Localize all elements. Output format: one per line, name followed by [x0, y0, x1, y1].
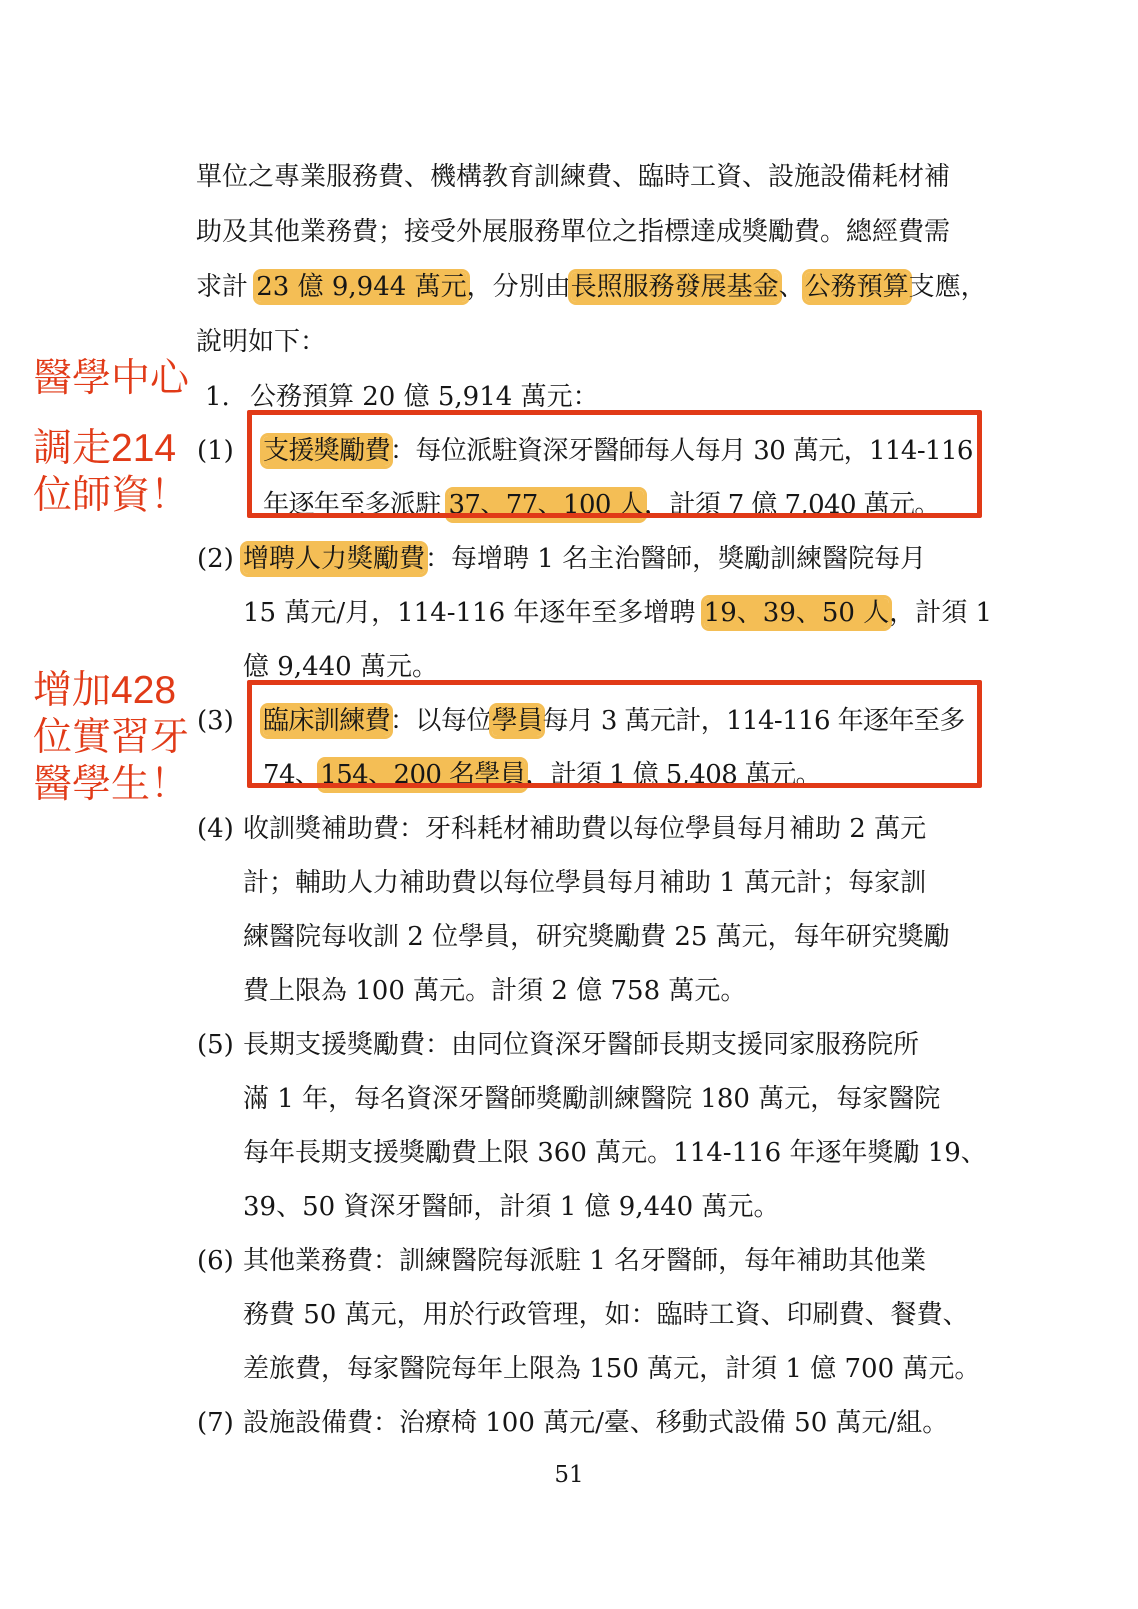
item-lines: 增聘人力獎勵費：每增聘 1 名主治醫師，獎勵訓練醫院每月15 萬元/月，114-… — [243, 532, 967, 694]
highlighted-text: 154、200 名學員 — [320, 760, 525, 790]
intro-paragraph: 單位之專業服務費、機構教育訓練費、臨時工資、設施設備耗材補助及其他業務費；接受外… — [196, 150, 976, 370]
text-segment: 、 — [779, 272, 805, 302]
item-lines: 支援獎勵費：每位派駐資深牙醫師每人每月 30 萬元，114-116年逐年至多派駐… — [243, 424, 967, 532]
list-item: (5)長期支援獎勵費：由同位資深牙醫師長期支援同家服務院所滿 1 年，每名資深牙… — [197, 1018, 967, 1234]
item-marker: (2) — [197, 532, 243, 694]
intro-line: 單位之專業服務費、機構教育訓練費、臨時工資、設施設備耗材補 — [196, 150, 976, 205]
text-segment: ，計須 1 — [889, 598, 992, 628]
highlighted-text: 公務預算 — [805, 272, 909, 302]
list-item: (7)設施設備費：治療椅 100 萬元/臺、移動式設備 50 萬元/組。 — [197, 1396, 967, 1450]
text-segment: 助及其他業務費；接受外展服務單位之指標達成獎勵費。總經費需 — [196, 217, 950, 247]
text-segment: 費上限為 100 萬元。計須 2 億 758 萬元。 — [243, 976, 746, 1006]
item-marker: (5) — [197, 1018, 243, 1234]
text-segment: 支應， — [909, 272, 987, 302]
highlighted-text: 23 億 9,944 萬元 — [256, 272, 466, 302]
item-line: 億 9,440 萬元。 — [243, 640, 967, 694]
item-lines: 臨床訓練費：以每位學員每月 3 萬元計，114-116 年逐年至多74、154、… — [243, 694, 967, 802]
item-line: 練醫院每收訓 2 位學員，研究獎勵費 25 萬元，每年研究獎勵 — [243, 910, 967, 964]
margin-note-line: 醫學生！ — [33, 761, 189, 808]
item-lines: 其他業務費：訓練醫院每派駐 1 名牙醫師，每年補助其他業務費 50 萬元，用於行… — [243, 1234, 967, 1396]
item-line: 增聘人力獎勵費：每增聘 1 名主治醫師，獎勵訓練醫院每月 — [243, 532, 967, 586]
item-line: 支援獎勵費：每位派駐資深牙醫師每人每月 30 萬元，114-116 — [263, 424, 967, 478]
item-marker: (3) — [197, 694, 243, 802]
budget-list: 1. 公務預算 20 億 5,914 萬元： (1)支援獎勵費：每位派駐資深牙醫… — [197, 370, 967, 1450]
text-segment: ：以每位 — [390, 706, 492, 736]
text-segment: 億 9,440 萬元。 — [243, 652, 438, 682]
item-line: 15 萬元/月，114-116 年逐年至多增聘 19、39、50 人，計須 1 — [243, 586, 967, 640]
text-segment: 務費 50 萬元，用於行政管理，如：臨時工資、印刷費、餐費、 — [243, 1300, 969, 1330]
list-item: (2)增聘人力獎勵費：每增聘 1 名主治醫師，獎勵訓練醫院每月15 萬元/月，1… — [197, 532, 967, 694]
highlighted-text: 支援獎勵費 — [263, 436, 390, 466]
text-segment: ，分別由 — [467, 272, 571, 302]
margin-note-line: 位實習牙 — [33, 714, 189, 761]
item-line: 設施設備費：治療椅 100 萬元/臺、移動式設備 50 萬元/組。 — [243, 1396, 967, 1450]
list-header: 1. 公務預算 20 億 5,914 萬元： — [197, 370, 967, 424]
text-segment: 求計 — [196, 272, 256, 302]
list-header-text: 公務預算 20 億 5,914 萬元： — [250, 370, 599, 424]
highlighted-text: 長照服務發展基金 — [571, 272, 779, 302]
highlighted-text: 19、39、50 人 — [704, 598, 890, 628]
text-segment: 39、50 資深牙醫師，計須 1 億 9,440 萬元。 — [243, 1192, 779, 1222]
text-segment: 差旅費，每家醫院每年上限為 150 萬元，計須 1 億 700 萬元。 — [243, 1354, 980, 1384]
item-lines: 設施設備費：治療椅 100 萬元/臺、移動式設備 50 萬元/組。 — [243, 1396, 967, 1450]
text-segment: 長期支援獎勵費：由同位資深牙醫師長期支援同家服務院所 — [243, 1030, 919, 1060]
text-segment: ，計須 7 億 7,040 萬元。 — [644, 490, 940, 520]
margin-note-line: 位師資！ — [33, 472, 189, 519]
item-line: 年逐年至多派駐 37、77、100 人，計須 7 億 7,040 萬元。 — [263, 478, 967, 532]
item-line: 74、154、200 名學員，計須 1 億 5,408 萬元。 — [263, 748, 967, 802]
text-segment: ：每位派駐資深牙醫師每人每月 30 萬元，114-116 — [390, 436, 973, 466]
item-marker: (6) — [197, 1234, 243, 1396]
text-segment: ，計須 1 億 5,408 萬元。 — [525, 760, 821, 790]
item-line: 務費 50 萬元，用於行政管理，如：臨時工資、印刷費、餐費、 — [243, 1288, 967, 1342]
margin-note: 調走214位師資！ — [33, 425, 189, 519]
item-marker: (1) — [197, 424, 243, 532]
document-page: 醫學中心調走214位師資！增加428位實習牙醫學生！ 單位之專業服務費、機構教育… — [0, 0, 1138, 1609]
item-line: 費上限為 100 萬元。計須 2 億 758 萬元。 — [243, 964, 967, 1018]
text-segment: 滿 1 年，每名資深牙醫師獎勵訓練醫院 180 萬元，每家醫院 — [243, 1084, 940, 1114]
highlighted-text: 臨床訓練費 — [263, 706, 390, 736]
item-line: 滿 1 年，每名資深牙醫師獎勵訓練醫院 180 萬元，每家醫院 — [243, 1072, 967, 1126]
text-segment: 其他業務費：訓練醫院每派駐 1 名牙醫師，每年補助其他業 — [243, 1246, 926, 1276]
text-segment: 單位之專業服務費、機構教育訓練費、臨時工資、設施設備耗材補 — [196, 162, 950, 192]
item-line: 39、50 資深牙醫師，計須 1 億 9,440 萬元。 — [243, 1180, 967, 1234]
intro-line: 助及其他業務費；接受外展服務單位之指標達成獎勵費。總經費需 — [196, 205, 976, 260]
margin-note: 醫學中心 — [33, 355, 189, 402]
text-segment: 計；輔助人力補助費以每位學員每月補助 1 萬元計；每家訓 — [243, 868, 926, 898]
margin-note-line: 醫學中心 — [33, 355, 189, 402]
highlighted-text: 增聘人力獎勵費 — [243, 544, 425, 574]
item-marker: (7) — [197, 1396, 243, 1450]
item-line: 長期支援獎勵費：由同位資深牙醫師長期支援同家服務院所 — [243, 1018, 967, 1072]
list-item: (4)收訓獎補助費：牙科耗材補助費以每位學員每月補助 2 萬元計；輔助人力補助費… — [197, 802, 967, 1018]
margin-note: 增加428位實習牙醫學生！ — [33, 667, 189, 808]
text-segment: ：每增聘 1 名主治醫師，獎勵訓練醫院每月 — [425, 544, 926, 574]
list-item: (3)臨床訓練費：以每位學員每月 3 萬元計，114-116 年逐年至多74、1… — [197, 694, 967, 802]
text-segment: 設施設備費：治療椅 100 萬元/臺、移動式設備 50 萬元/組。 — [243, 1408, 948, 1438]
item-line: 差旅費，每家醫院每年上限為 150 萬元，計須 1 億 700 萬元。 — [243, 1342, 967, 1396]
text-segment: 每月 3 萬元計，114-116 年逐年至多 — [542, 706, 964, 736]
item-lines: 收訓獎補助費：牙科耗材補助費以每位學員每月補助 2 萬元計；輔助人力補助費以每位… — [243, 802, 967, 1018]
item-line: 臨床訓練費：以每位學員每月 3 萬元計，114-116 年逐年至多 — [263, 694, 967, 748]
item-line: 收訓獎補助費：牙科耗材補助費以每位學員每月補助 2 萬元 — [243, 802, 967, 856]
text-segment: 收訓獎補助費：牙科耗材補助費以每位學員每月補助 2 萬元 — [243, 814, 926, 844]
highlighted-text: 37、77、100 人 — [448, 490, 643, 520]
list-item: (6)其他業務費：訓練醫院每派駐 1 名牙醫師，每年補助其他業務費 50 萬元，… — [197, 1234, 967, 1396]
text-segment: 練醫院每收訓 2 位學員，研究獎勵費 25 萬元，每年研究獎勵 — [243, 922, 950, 952]
intro-line: 求計 23 億 9,944 萬元，分別由長照服務發展基金、公務預算支應， — [196, 260, 976, 315]
item-marker: (4) — [197, 802, 243, 1018]
item-line: 每年長期支援獎勵費上限 360 萬元。114-116 年逐年獎勵 19、 — [243, 1126, 967, 1180]
page-number: 51 — [0, 1462, 1138, 1488]
margin-note-line: 調走214 — [33, 425, 189, 472]
text-segment: 每年長期支援獎勵費上限 360 萬元。114-116 年逐年獎勵 19、 — [243, 1138, 987, 1168]
text-segment: 15 萬元/月，114-116 年逐年至多增聘 — [243, 598, 704, 628]
list-items: (1)支援獎勵費：每位派駐資深牙醫師每人每月 30 萬元，114-116年逐年至… — [197, 424, 967, 1450]
item-line: 計；輔助人力補助費以每位學員每月補助 1 萬元計；每家訓 — [243, 856, 967, 910]
item-lines: 長期支援獎勵費：由同位資深牙醫師長期支援同家服務院所滿 1 年，每名資深牙醫師獎… — [243, 1018, 967, 1234]
text-segment: 74、 — [263, 760, 320, 790]
highlighted-text: 學員 — [492, 706, 543, 736]
list-item: (1)支援獎勵費：每位派駐資深牙醫師每人每月 30 萬元，114-116年逐年至… — [197, 424, 967, 532]
item-line: 其他業務費：訓練醫院每派駐 1 名牙醫師，每年補助其他業 — [243, 1234, 967, 1288]
intro-line: 說明如下： — [196, 315, 976, 370]
text-segment: 說明如下： — [196, 327, 326, 357]
margin-note-line: 增加428 — [33, 667, 189, 714]
text-segment: 年逐年至多派駐 — [263, 490, 448, 520]
list-header-marker: 1. — [197, 370, 250, 424]
